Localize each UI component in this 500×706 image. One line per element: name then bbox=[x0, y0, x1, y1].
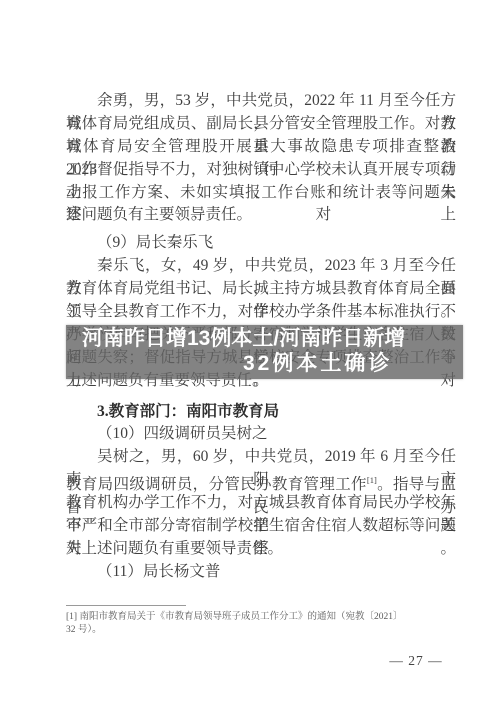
headline-line-1: 河南昨日增13例本土/河南昨日新增 bbox=[82, 326, 405, 352]
text-line: 工作督促指导不力，对独树镇中心学校未认真开展专项行动、未 bbox=[66, 159, 456, 182]
footnote-text: [1] 南阳市教育局关于《市教育局领导班子成员工作分工》的通知（宛教〔2021〕… bbox=[66, 611, 406, 637]
text-line: 上报工作方案、未如实填报工作台账和统计表等问题失察。对上 bbox=[66, 182, 456, 205]
text-line: 育体育局安全管理股开展重大事故隐患专项排查整治 2023 行动 bbox=[66, 136, 456, 159]
news-headline-overlay: 河南昨日增13例本土/河南昨日新增 32例本土确诊 bbox=[66, 325, 463, 379]
section-heading: 3.教育部门：南阳市教育局 bbox=[66, 401, 456, 424]
section-subheading: （11）局长杨文普 bbox=[66, 561, 456, 584]
text-line: 余勇，男，53 岁，中共党员，2022 年 11 月至今任方城县教 bbox=[66, 90, 456, 113]
footnote-divider bbox=[66, 605, 186, 606]
text-line: 教育局四级调研员，分管民办教育管理工作[1]。指导与监督民办 bbox=[66, 469, 456, 492]
footnote-reference: [1] bbox=[367, 475, 377, 485]
section-subheading: （10）四级调研员吴树之 bbox=[66, 423, 456, 446]
text-line: 吴树之，男，60 岁，中共党员，2019 年 6 月至今任南阳市 bbox=[66, 446, 456, 469]
text-line: 教育体育局党组书记、局长，主持方城县教育体育局全面工作。 bbox=[66, 278, 456, 301]
text-line: 育体育局党组成员、副局长，分管安全管理股工作。对方城县教 bbox=[66, 113, 456, 136]
text-line: 领导全县教育工作不力，对学校办学条件基本标准执行不严、民 bbox=[66, 301, 456, 324]
text-run: 教育局四级调研员，分管民办教育管理工作 bbox=[66, 476, 367, 493]
headline-line-2: 32例本土确诊 bbox=[243, 351, 392, 377]
text-line: 秦乐飞，女，49 岁，中共党员，2023 年 3 月至今任方城县 bbox=[66, 255, 456, 278]
page-number: — 27 — bbox=[385, 653, 447, 669]
document-page: 余勇，男，53 岁，中共党员，2022 年 11 月至今任方城县教 育体育局党组… bbox=[0, 0, 500, 706]
section-subheading: （9）局长秦乐飞 bbox=[66, 232, 456, 255]
text-line: 教育机构办学工作不力，对方城县教育体育局民办学校年审把关 bbox=[66, 492, 456, 515]
text-line: 不严和全市部分寄宿制学校学生宿舍住宿人数超标等问题失察。 bbox=[66, 515, 456, 538]
